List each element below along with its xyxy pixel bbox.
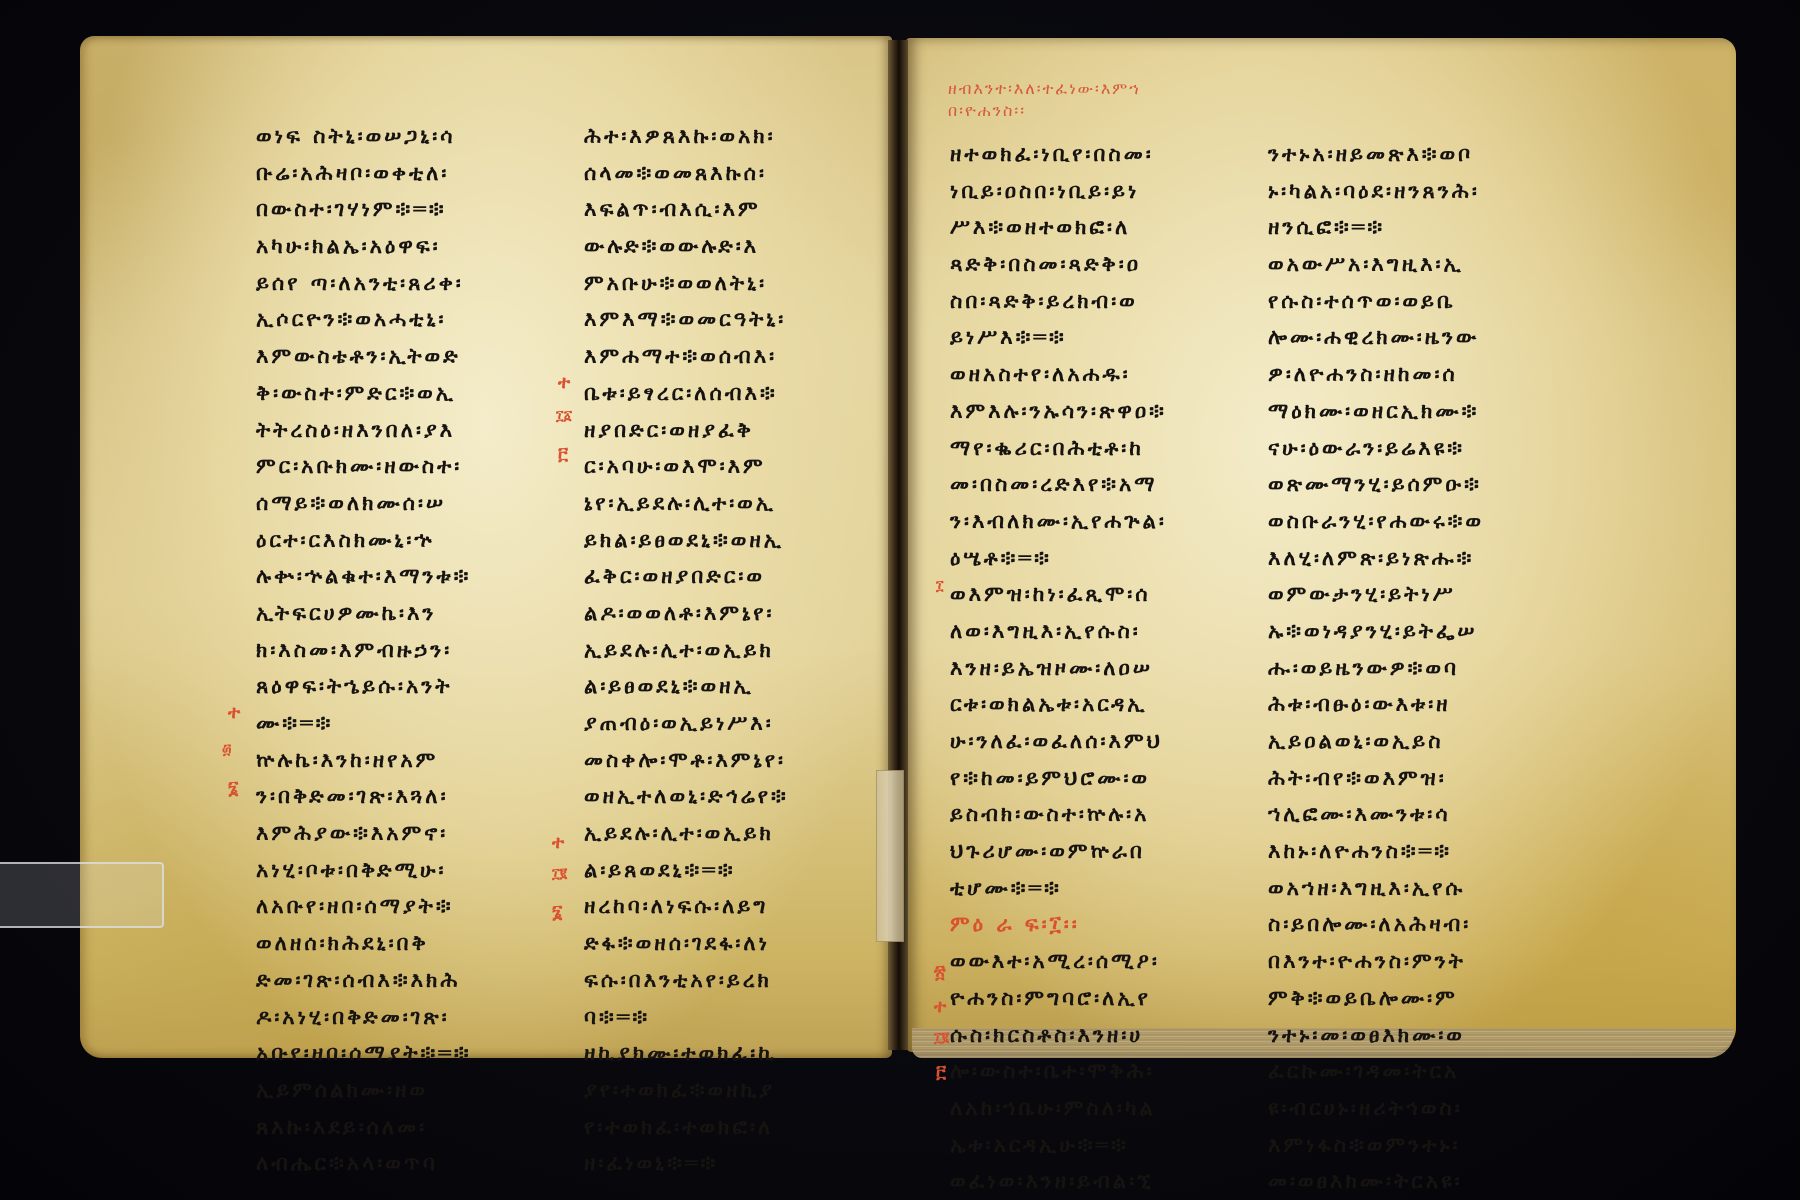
manuscript-text-line: ወዘኢተለወኒ፡ድኅሬየ፨ <box>584 778 789 815</box>
manuscript-text-line: ነቢይ፡ዐስበ፡ነቢይ፡ይነ <box>950 173 1167 210</box>
manuscript-text-line: ሱስ፡ክርስቶስ፡እንዘ፡ሀ <box>950 1017 1167 1054</box>
manuscript-text-line: ይክል፡ይፀወደኒ፨ወዘኢ <box>584 522 789 559</box>
header-rubric-line: ዘብእንተ፡እለ፡ተፈነው፡እምኀ <box>948 78 1141 100</box>
manuscript-text-line: መስቀሎ፡ሞቶ፡እምኔየ፡ <box>584 742 789 779</box>
acrylic-page-clip <box>0 862 164 928</box>
margin-mark: ፲፪ <box>552 866 567 882</box>
manuscript-text-line: ወዘአስተየ፡ለአሐዱ፡ <box>950 356 1167 393</box>
manuscript-text-line: ኢሶርዮን፨ወአሓቲኒ፡ <box>256 301 472 338</box>
manuscript-text-line: ስበ፡ጻድቅ፡ይረክብ፡ወ <box>950 283 1167 320</box>
manuscript-text-line: ወአውሥአ፡እግዚእ፡ኢ <box>1268 246 1484 283</box>
manuscript-text-line: ዘያበድር፡ወዘያፈቅ <box>584 412 789 449</box>
manuscript-text-line: ንተኑ፡መ፡ወፀእክሙ፡ወ <box>1268 1017 1484 1054</box>
manuscript-text-line: ለብሔር፨አላ፡ወጥባ <box>256 1145 472 1182</box>
manuscript-text-line: ይነሥእ፨═፨ <box>950 319 1167 356</box>
manuscript-text-line: ወፈነወ፡እንዘ፡ይብል፡ኚ <box>950 1163 1167 1200</box>
manuscript-text-line: ዘኪያክሙ፡ተወክፈ፡ኪ <box>584 1035 789 1072</box>
manuscript-text-line: ኢይደሉ፡ሊተ፡ወኢይክ <box>584 632 789 669</box>
manuscript-text-line: ኤቱ፡አርዳኢሁ፨═፨ <box>950 1127 1167 1164</box>
manuscript-text-line: ጸእኩ፡እደይ፡ሰለመ፡ <box>256 1109 472 1146</box>
manuscript-text-line: ል፡ይፀወደኒ፨ወዘኢ <box>584 668 789 705</box>
margin-mark: ፮ <box>552 902 563 923</box>
manuscript-text-line: ዘንሲፎ፨═፨ <box>1268 209 1484 246</box>
manuscript-text-line: አካሁ፡ክልኤ፡አዕዋፍ፡ <box>256 228 472 265</box>
header-rubric-line: በ፡ዮሐንስ፡፡ <box>948 100 1141 122</box>
manuscript-text-line: ሕቱ፡ብፁዕ፡ውእቱ፡ዘ <box>1268 686 1484 723</box>
manuscript-text-line: ዩ፡ብርሀኑ፡ዘሪትኅወስ፡ <box>1268 1090 1484 1127</box>
manuscript-text-line: ሎ፡ውስተ፡ቤተ፡ሞቅሕ፡ <box>950 1053 1167 1090</box>
manuscript-text-line: ጸዕዋፍ፡ትኄይሱ፡አንት <box>256 668 472 705</box>
manuscript-text-line: ክ፡እስመ፡እምብዙኃን፡ <box>256 632 472 669</box>
margin-mark: ተ <box>558 372 570 393</box>
manuscript-text-line: ወምውታንሂ፡ይትነሥ <box>1268 576 1484 613</box>
manuscript-text-line: ማየ፡ቈሪር፡በሕቲቶ፡ከ <box>950 430 1167 467</box>
margin-mark: ተ <box>228 702 240 723</box>
manuscript-text-line: ኢይደሉ፡ሊተ፡ወኢይክ <box>584 815 789 852</box>
manuscript-text-line: ዘ፡ፈነወኒ፨═፨ <box>584 1145 789 1182</box>
manuscript-text-line: ር፡አባሁ፡ወእሞ፡እም <box>584 448 789 485</box>
manuscript-text-line: ልዶ፡ወወለቶ፡እምኔየ፡ <box>584 595 789 632</box>
manuscript-text-line: እምነፋስ፨ወምንተኑ፡ <box>1268 1127 1484 1164</box>
manuscript-text-line: ባ፨═፨ <box>584 999 789 1036</box>
manuscript-text-line: ንተኑአ፡ዘይመጽእ፨ወቦ <box>1268 136 1484 173</box>
margin-mark: ፫ <box>936 1062 946 1083</box>
manuscript-text-line: ወእምዝ፡ከነ፡ፈጺሞ፡ሰ <box>950 576 1167 613</box>
manuscript-text-line: ኀሊፎሙ፡እሙንቱ፡ሳ <box>1268 796 1484 833</box>
manuscript-text-line: ትትረስዕ፡ዘእንበለ፡ያእ <box>256 412 472 449</box>
manuscript-text-line: ል፡ይጸወደኒ፨═፨ <box>584 852 789 889</box>
manuscript-text-line: መ፡በስመ፡ረድእየ፨አማ <box>950 466 1167 503</box>
manuscript-text-line: የ፡ተወክፈ፡ተወክፎ፡ለ <box>584 1109 789 1146</box>
manuscript-text-line: መ፡ወፀእክሙ፡ትርአዩ፡ <box>1268 1163 1484 1200</box>
manuscript-text-line: ቅ፡ውስተ፡ምድር፨ወኢ <box>256 375 472 412</box>
manuscript-text-line: ዕሤቶ፨═፨ <box>950 540 1167 577</box>
manuscript-text-line: ሑ፡ወይዜንውዎ፨ወባ <box>1268 650 1484 687</box>
manuscript-text-line: ህጉሪሆሙ፡ወምኵራበ <box>950 833 1167 870</box>
manuscript-text-line: ድመ፡ገጽ፡ሰብእ፨እክሕ <box>256 962 472 999</box>
manuscript-text-line: ን፡በቅድመ፡ገጽ፡እጓለ፡ <box>256 778 472 815</box>
manuscript-text-line: እምእማ፨ወመርዓትኒ፡ <box>584 301 789 338</box>
manuscript-text-line: ምአቡሁ፨ወወለትኒ፡ <box>584 265 789 302</box>
manuscript-text-line: እምእሉ፡ንኡሳን፡ጽዋዐ፨ <box>950 393 1167 430</box>
manuscript-text-line: ሰላመ፨ወመጸእኩሰ፡ <box>584 155 789 192</box>
manuscript-text-line: ወስቡራንሂ፡የሐውሩ፨ወ <box>1268 503 1484 540</box>
manuscript-text-line: ማዕክሙ፡ወዘርኢክሙ፨ <box>1268 393 1484 430</box>
manuscript-text-line: ሕት፡ብየ፨ወእምዝ፡ <box>1268 760 1484 797</box>
margin-mark: ተ <box>552 832 564 853</box>
margin-mark: ተ <box>934 996 946 1017</box>
manuscript-text-line: ሉቍ፡ኍልቁተ፡እማንቱ፨ <box>256 558 472 595</box>
spine-repair-strip <box>876 770 904 942</box>
manuscript-text-line: ዘተወክፈ፡ነቢየ፡በስመ፡ <box>950 136 1167 173</box>
manuscript-text-line: ኵሉኬ፡እንከ፡ዘየአም <box>256 742 472 779</box>
manuscript-text-line: ወውእተ፡አሚረ፡ሰሚዖ፡ <box>950 943 1167 980</box>
manuscript-text-line: ቲሆሙ፨═፨ <box>950 870 1167 907</box>
manuscript-text-line: ናሁ፡ዕውራን፡ይሬእዩ፨ <box>1268 430 1484 467</box>
manuscript-text-line: ምዕ ራ ፍ፡፲፡፡ <box>950 906 1167 943</box>
manuscript-text-line: ውሉድ፨ወውሉድ፡እ <box>584 228 789 265</box>
manuscript-text-line: ምር፡አቡክሙ፡ዘውስተ፡ <box>256 448 472 485</box>
manuscript-text-line: ሎሙ፡ሐዊረክሙ፡ዜንው <box>1268 319 1484 356</box>
manuscript-text-line: ኢይምሰልክሙ፡ዘወ <box>256 1072 472 1109</box>
manuscript-text-line: ሙ፨═፨ <box>256 705 472 742</box>
manuscript-text-line: እንዘ፡ይኤዝዞሙ፡ለዐሠ <box>950 650 1167 687</box>
manuscript-text-line: አነሂ፡ቦቱ፡በቅድሚሁ፡ <box>256 852 472 889</box>
right-page-column-2: ንተኑአ፡ዘይመጽእ፨ወቦኑ፡ካልአ፡ባዕደ፡ዘንጸንሕ፡ዘንሲፎ፨═፨ወአውሥ… <box>1268 136 1484 1200</box>
manuscript-text-line: ወጽሙማንሂ፡ይሰምዑ፨ <box>1268 466 1484 503</box>
manuscript-photo: ወነፍ ስትኒ፡ወሠጋኒ፡ሳቡሬ፡አሕዛቦ፡ወቀቲለ፡በውስተ፡ገሃነም፨═፨አ… <box>0 0 1800 1200</box>
manuscript-text-line: እለሂ፡ለምጽ፡ይነጽሑ፨ <box>1268 540 1484 577</box>
manuscript-text-line: ኑ፡ካልአ፡ባዕደ፡ዘንጸንሕ፡ <box>1268 173 1484 210</box>
manuscript-text-line: ስ፡ይበሎሙ፡ለአሕዛብ፡ <box>1268 906 1484 943</box>
manuscript-text-line: ን፡እብለክሙ፡ኢየሐጕል፡ <box>950 503 1167 540</box>
manuscript-text-line: ዶ፡አነሂ፡በቅድመ፡ገጽ፡ <box>256 999 472 1036</box>
manuscript-text-line: ዕርተ፡ርእስክሙኒ፡ኍ <box>256 522 472 559</box>
margin-mark: ፮ <box>228 778 239 799</box>
manuscript-text-line: እምሐማተ፨ወሰብእ፡ <box>584 338 789 375</box>
manuscript-text-line: ቡሬ፡አሕዛቦ፡ወቀቲለ፡ <box>256 155 472 192</box>
manuscript-text-line: ሰማይ፨ወለክሙሰ፡ሠ <box>256 485 472 522</box>
manuscript-text-line: ወለዘሰ፡ክሕደኒ፡በቅ <box>256 925 472 962</box>
manuscript-text-line: ያየ፡ተወክፈ፨ወዘኪያ <box>584 1072 789 1109</box>
manuscript-text-line: ሕተ፡እዎጸእኩ፡ወአክ፡ <box>584 118 789 155</box>
manuscript-text-line: ኡ፨ወነዳያንሂ፡ይትፌሠ <box>1268 613 1484 650</box>
manuscript-text-line: እምሕያው፨እአምኖ፡ <box>256 815 472 852</box>
manuscript-text-line: ይሰየ ጣ፡ለአንቲ፡ጸሪቀ፡ <box>256 265 472 302</box>
manuscript-text-line: ኢይዐልወኒ፡ወኢይስ <box>1268 723 1484 760</box>
margin-mark: ፴ <box>222 742 231 758</box>
manuscript-text-line: አቡየ፡ዘበ፡ሰማያት፨═፨ <box>256 1035 472 1072</box>
margin-mark: ፲፪ <box>934 1030 949 1046</box>
manuscript-text-line: እምውስቴቶን፡ኢትወድ <box>256 338 472 375</box>
left-page-column-1: ወነፍ ስትኒ፡ወሠጋኒ፡ሳቡሬ፡አሕዛቦ፡ወቀቲለ፡በውስተ፡ገሃነም፨═፨አ… <box>256 118 472 1182</box>
manuscript-text-line: ጻድቅ፡በስመ፡ጻድቅ፡ዐ <box>950 246 1167 283</box>
manuscript-text-line: ዎ፡ለዮሐንስ፡ዘከመ፡ሰ <box>1268 356 1484 393</box>
margin-mark: ፫ <box>558 444 568 465</box>
manuscript-text-line: ፍሱ፡በእንቲአየ፡ይረክ <box>584 962 789 999</box>
manuscript-text-line: ፈርኩሙ፡ገዳመ፡ትርአ <box>1268 1053 1484 1090</box>
manuscript-text-line: ድፋ፨ወዘሰ፡ገደፋ፡ለነ <box>584 925 789 962</box>
manuscript-text-line: እከኑ፡ለዮሐንስ፨═፨ <box>1268 833 1484 870</box>
manuscript-text-line: ለአቡየ፡ዘበ፡ሰማያት፨ <box>256 888 472 925</box>
margin-mark: ፲ <box>936 578 943 594</box>
right-page-column-1: ዘተወክፈ፡ነቢየ፡በስመ፡ነቢይ፡ዐስበ፡ነቢይ፡ይነሥእ፨ወዘተወክፎ፡ለጻ… <box>950 136 1167 1200</box>
manuscript-text-line: ለአከ፡ኀቤሁ፡ምስለ፡ካል <box>950 1090 1167 1127</box>
manuscript-text-line: በውስተ፡ገሃነም፨═፨ <box>256 191 472 228</box>
manuscript-text-line: ያጠብዕ፡ወኢይነሥእ፡ <box>584 705 789 742</box>
manuscript-text-line: ወአኀዘ፡እግዚእ፡ኢየሱ <box>1268 870 1484 907</box>
manuscript-text-line: ለወ፡እግዚእ፡ኢየሱስ፡ <box>950 613 1167 650</box>
left-page-column-2: ሕተ፡እዎጸእኩ፡ወአክ፡ሰላመ፨ወመጸእኩሰ፡እፍልጥ፡ብእሲ፡እምውሉድ፨ወ… <box>584 118 789 1182</box>
manuscript-text-line: ምቅ፨ወይቤሎሙ፡ም <box>1268 980 1484 1017</box>
manuscript-text-line: ወነፍ ስትኒ፡ወሠጋኒ፡ሳ <box>256 118 472 155</box>
manuscript-text-line: በእንተ፡ዮሐንስ፡ምንት <box>1268 943 1484 980</box>
manuscript-text-line: ኔየ፡ኢይደሉ፡ሊተ፡ወኢ <box>584 485 789 522</box>
manuscript-text-line: ሥእ፨ወዘተወክፎ፡ለ <box>950 209 1167 246</box>
manuscript-text-line: ፈቅር፡ወዘያበድር፡ወ <box>584 558 789 595</box>
manuscript-text-line: የሱስ፡ተሰጥወ፡ወይቤ <box>1268 283 1484 320</box>
margin-mark: ፳ <box>934 962 946 983</box>
manuscript-text-line: ይስብክ፡ውስተ፡ኵሉ፡አ <box>950 796 1167 833</box>
right-page-header-rubric: ዘብእንተ፡እለ፡ተፈነው፡እምኀ በ፡ዮሐንስ፡፡ <box>948 78 1141 122</box>
manuscript-text-line: እፍልጥ፡ብእሲ፡እም <box>584 191 789 228</box>
manuscript-text-line: ርቱ፡ወክልኤቱ፡አርዳኢ <box>950 686 1167 723</box>
manuscript-text-line: የ፨ከመ፡ይምህሮሙ፡ወ <box>950 760 1167 797</box>
manuscript-text-line: ሁ፡ንለፈ፡ወፈለሰ፡እምህ <box>950 723 1167 760</box>
manuscript-text-line: ቤቱ፡ይፃረር፡ለሰብእ፨ <box>584 375 789 412</box>
manuscript-text-line: ኢትፍርሀዎሙኬ፡እን <box>256 595 472 632</box>
manuscript-text-line: ዘረከባ፡ለነፍሱ፡ለይግ <box>584 888 789 925</box>
manuscript-text-line: ዮሐንስ፡ምግባሮ፡ለኢየ <box>950 980 1167 1017</box>
margin-mark: ፲፩ <box>556 408 572 424</box>
